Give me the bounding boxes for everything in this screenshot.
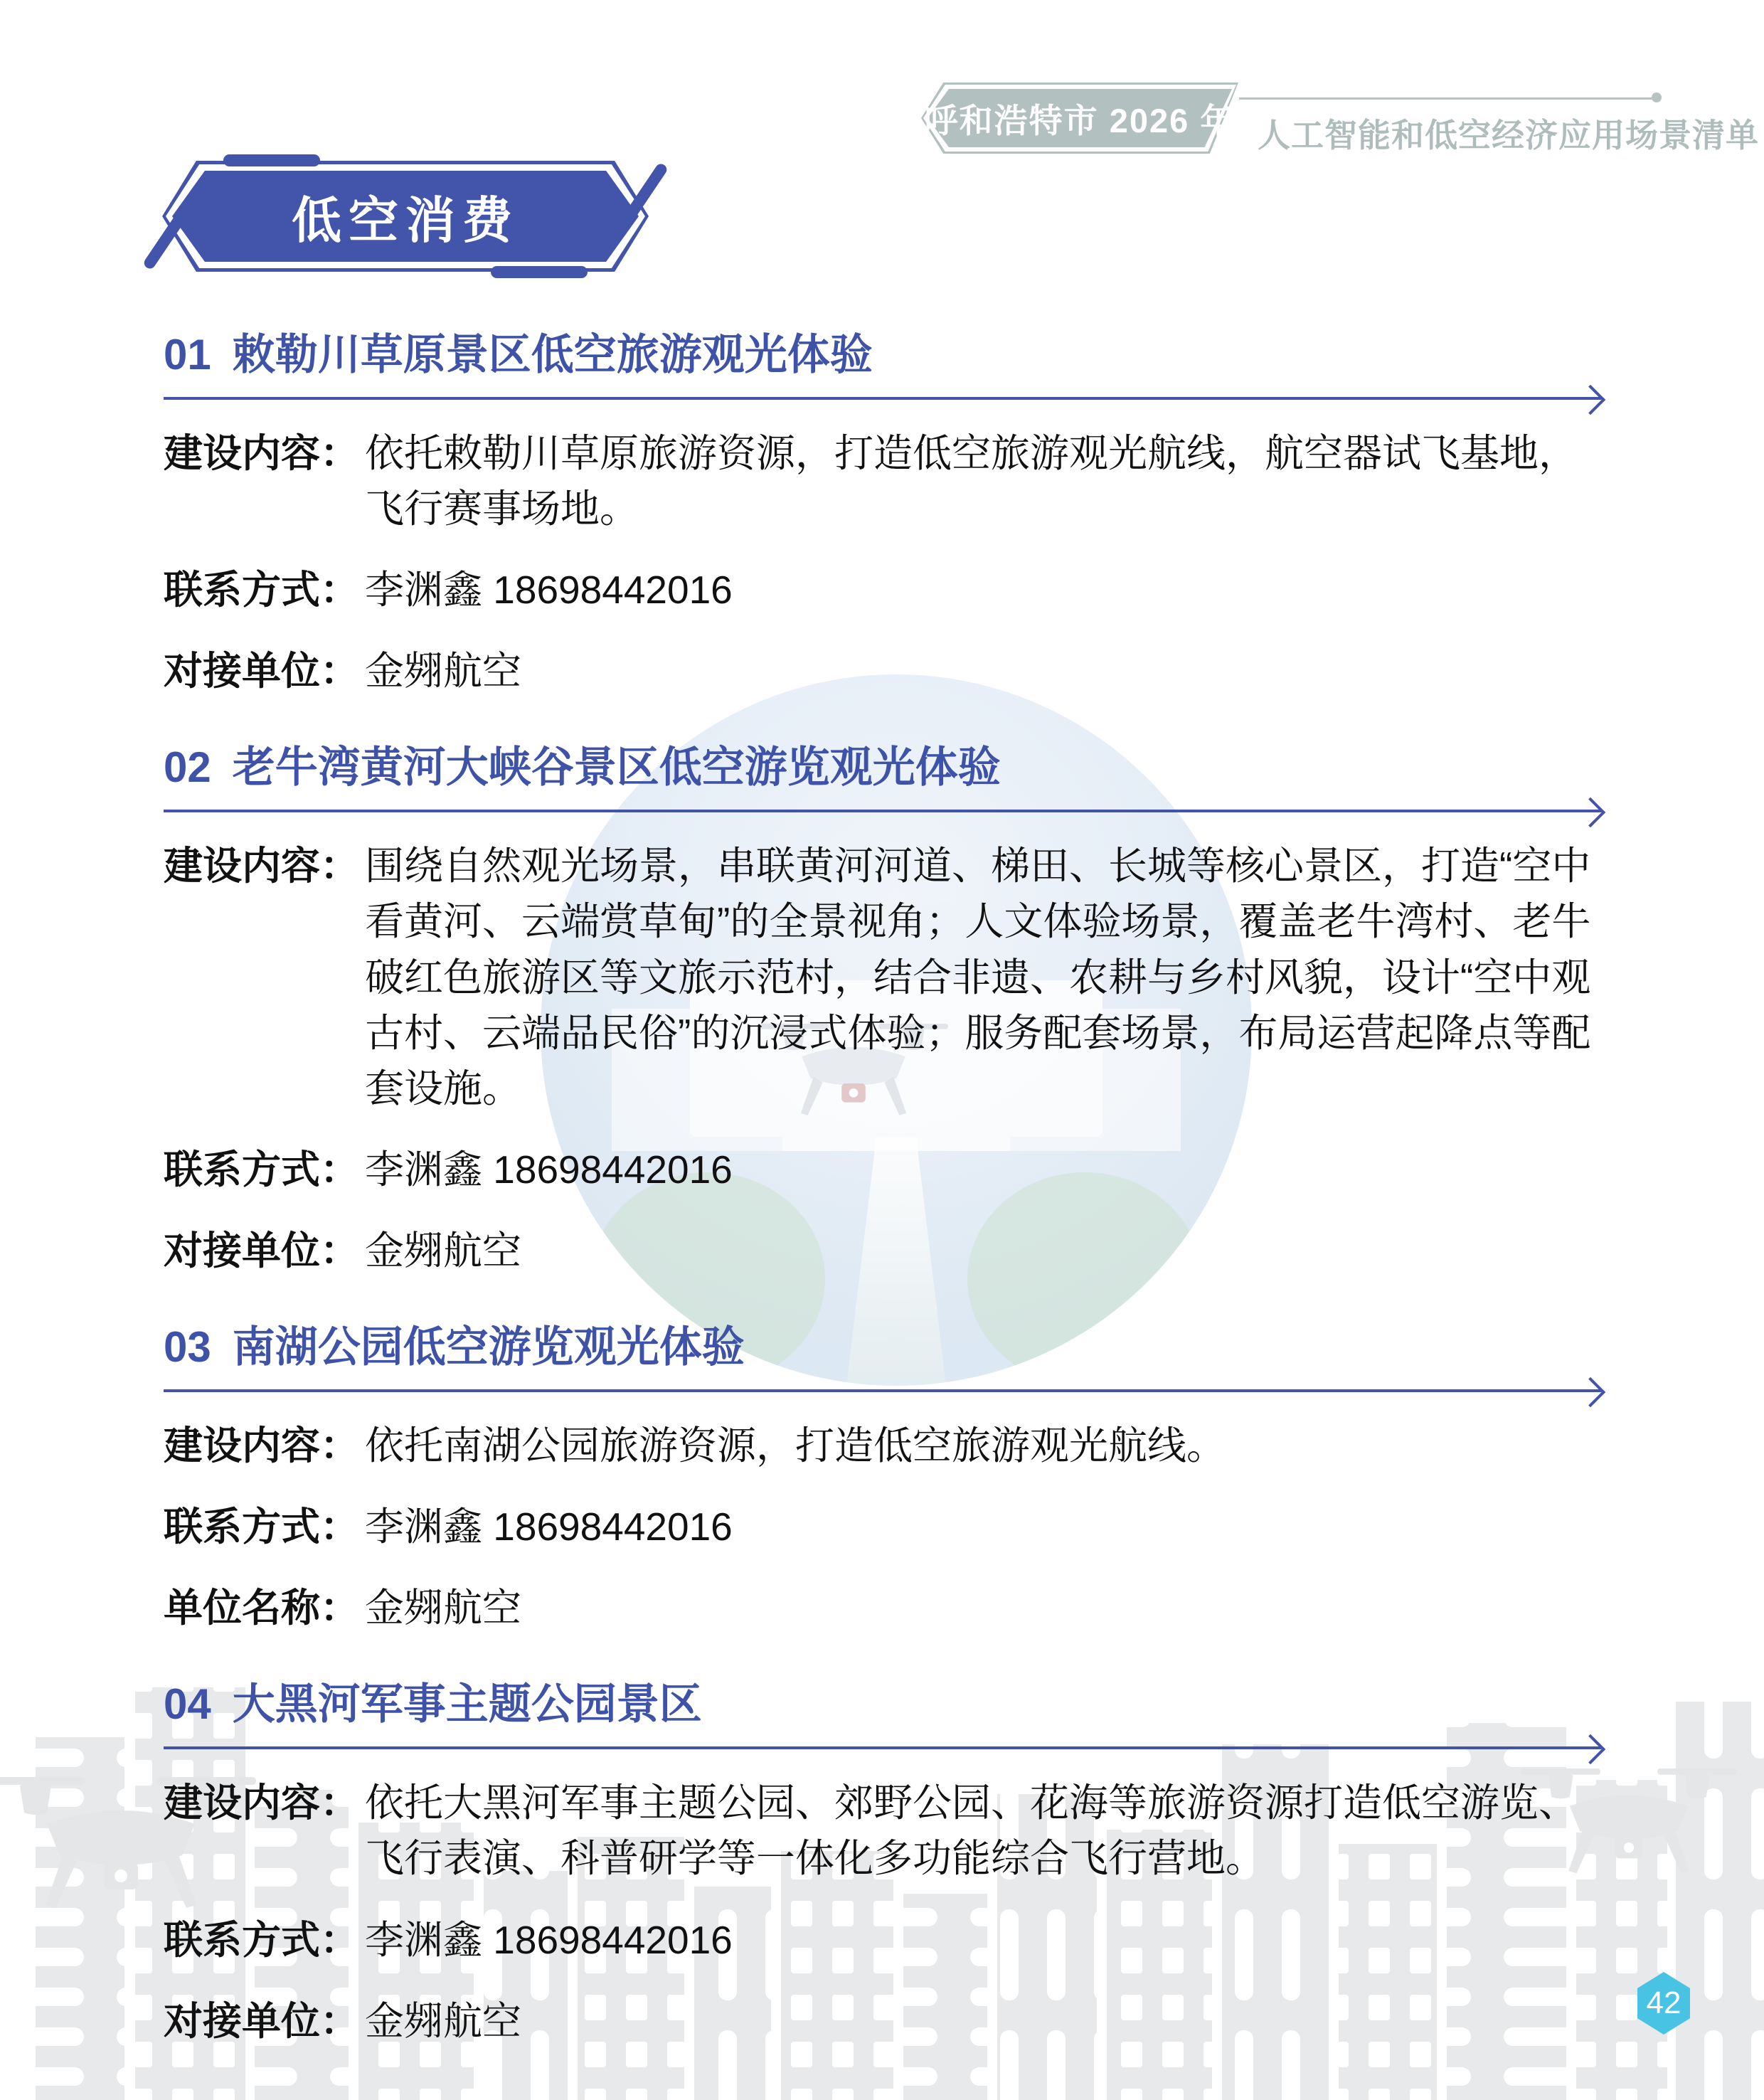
row-label: 建设内容： (164, 1418, 359, 1473)
row-value: 依托大黑河军事主题公园、郊野公园、花海等旅游资源打造低空游览、飞行表演、科普研学… (365, 1775, 1611, 1886)
header-city-year-badge: 呼和浩特市 2026 年 (921, 83, 1238, 154)
arrow-right-icon (1576, 385, 1605, 415)
section-heading: 02 老牛湾黄河大峡谷景区低空游览观光体验 (164, 744, 1611, 791)
row-value: 金翙航空 (365, 1993, 1611, 2049)
sections-container: 01 敕勒川草原景区低空旅游观光体验 建设内容： 依托敕勒川草原旅游资源，打造低… (164, 332, 1611, 2049)
section-number: 02 (164, 744, 211, 791)
detail-row: 建设内容： 依托大黑河军事主题公园、郊野公园、花海等旅游资源打造低空游览、飞行表… (164, 1775, 1611, 1886)
section-rule (164, 1746, 1601, 1749)
section-heading: 04 大黑河军事主题公园景区 (164, 1681, 1611, 1728)
arrow-right-icon (1576, 797, 1605, 827)
row-value: 金翙航空 (365, 643, 1611, 699)
row-value: 依托南湖公园旅游资源，打造低空旅游观光航线。 (365, 1418, 1611, 1473)
row-label: 对接单位： (164, 1223, 359, 1278)
detail-row: 联系方式： 李渊鑫 18698442016 (164, 1912, 1611, 1968)
row-value: 李渊鑫 18698442016 (365, 1142, 1611, 1197)
section-title: 南湖公园低空游览观光体验 (233, 1324, 745, 1371)
row-value: 李渊鑫 18698442016 (365, 1499, 1611, 1554)
section-03: 03 南湖公园低空游览观光体验 建设内容： 依托南湖公园旅游资源，打造低空旅游观… (164, 1324, 1611, 1635)
row-value: 依托敕勒川草原旅游资源，打造低空旅游观光航线，航空器试飞基地，飞行赛事场地。 (365, 425, 1611, 536)
section-title: 大黑河军事主题公园景区 (233, 1681, 702, 1728)
detail-row: 对接单位： 金翙航空 (164, 1993, 1611, 2049)
header-city-year-label: 呼和浩特市 2026 年 (921, 83, 1238, 154)
row-value: 李渊鑫 18698442016 (365, 1912, 1611, 1968)
category-badge: 低空消费 (162, 161, 649, 272)
detail-row: 建设内容： 围绕自然观光场景，串联黄河河道、梯田、长城等核心景区，打造“空中看黄… (164, 838, 1611, 1115)
section-02: 02 老牛湾黄河大峡谷景区低空游览观光体验 建设内容： 围绕自然观光场景，串联黄… (164, 744, 1611, 1278)
detail-row: 对接单位： 金翙航空 (164, 1223, 1611, 1278)
detail-row: 联系方式： 李渊鑫 18698442016 (164, 1499, 1611, 1554)
section-rule (164, 810, 1601, 812)
section-number: 01 (164, 332, 211, 378)
category-badge-label: 低空消费 (162, 161, 649, 272)
row-value: 围绕自然观光场景，串联黄河河道、梯田、长城等核心景区，打造“空中看黄河、云端赏草… (365, 838, 1611, 1115)
row-label: 联系方式： (164, 562, 359, 617)
row-label: 对接单位： (164, 643, 359, 699)
detail-row: 建设内容： 依托南湖公园旅游资源，打造低空旅游观光航线。 (164, 1418, 1611, 1473)
header-rule-dot (1652, 92, 1662, 102)
row-label: 建设内容： (164, 838, 359, 1115)
arrow-right-icon (1576, 1377, 1605, 1407)
arrow-right-icon (1576, 1734, 1605, 1764)
section-04: 04 大黑河军事主题公园景区 建设内容： 依托大黑河军事主题公园、郊野公园、花海… (164, 1681, 1611, 2048)
detail-row: 联系方式： 李渊鑫 18698442016 (164, 1142, 1611, 1197)
page-number: 42 (1647, 1985, 1681, 2021)
row-label: 建设内容： (164, 1775, 359, 1886)
row-value: 金翙航空 (365, 1580, 1611, 1635)
detail-row: 对接单位： 金翙航空 (164, 643, 1611, 699)
row-label: 单位名称： (164, 1580, 359, 1635)
row-value: 李渊鑫 18698442016 (365, 562, 1611, 617)
row-label: 建设内容： (164, 425, 359, 536)
row-label: 联系方式： (164, 1912, 359, 1968)
section-rule (164, 1389, 1601, 1392)
row-value: 金翙航空 (365, 1223, 1611, 1278)
section-rule (164, 397, 1601, 400)
row-label: 联系方式： (164, 1499, 359, 1554)
row-label: 对接单位： (164, 1993, 359, 2049)
header-doc-title: 人工智能和低空经济应用场景清单 (1258, 110, 1667, 157)
row-label: 联系方式： (164, 1142, 359, 1197)
section-number: 04 (164, 1681, 211, 1728)
detail-row: 建设内容： 依托敕勒川草原旅游资源，打造低空旅游观光航线，航空器试飞基地，飞行赛… (164, 425, 1611, 536)
section-number: 03 (164, 1324, 211, 1371)
section-01: 01 敕勒川草原景区低空旅游观光体验 建设内容： 依托敕勒川草原旅游资源，打造低… (164, 332, 1611, 699)
section-heading: 01 敕勒川草原景区低空旅游观光体验 (164, 332, 1611, 378)
section-title: 敕勒川草原景区低空旅游观光体验 (233, 332, 873, 378)
detail-row: 单位名称： 金翙航空 (164, 1580, 1611, 1635)
header-rule-line (1239, 97, 1656, 100)
section-heading: 03 南湖公园低空游览观光体验 (164, 1324, 1611, 1371)
detail-row: 联系方式： 李渊鑫 18698442016 (164, 562, 1611, 617)
section-title: 老牛湾黄河大峡谷景区低空游览观光体验 (233, 744, 1001, 791)
